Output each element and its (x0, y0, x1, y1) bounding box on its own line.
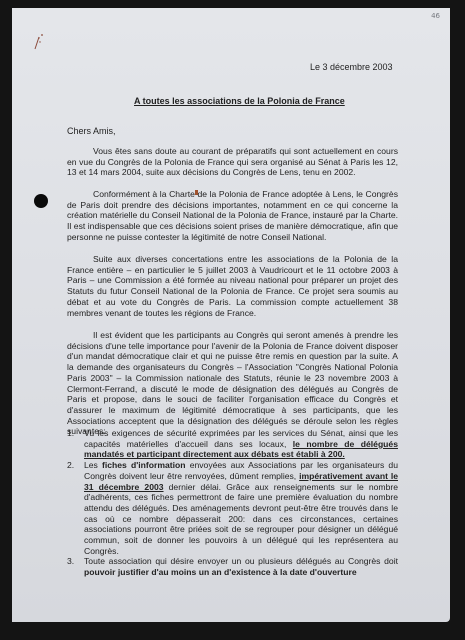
punch-hole (34, 194, 48, 208)
scanned-document: 46 Le 3 décembre 2003 A toutes les assoc… (0, 0, 465, 640)
rule-item-2: 2. Les fiches d'information envoyées aux… (67, 460, 398, 556)
paragraph-2: Conformément à la Charte de la Polonia d… (67, 189, 398, 243)
rule-number: 2. (67, 460, 74, 471)
paragraph-4: Il est évident que les participants au C… (67, 330, 398, 437)
paragraph-1: Vous êtes sans doute au courant de prépa… (67, 146, 398, 178)
rule-bold: fiches d'information (102, 460, 186, 470)
rule-number: 3. (67, 556, 74, 567)
salutation: Chers Amis, (67, 126, 116, 136)
letter-title: A toutes les associations de la Polonia … (134, 96, 345, 106)
letter-date: Le 3 décembre 2003 (310, 62, 393, 72)
rule-text: dernier délai. Grâce aux renseignements … (84, 482, 398, 556)
paragraph-3: Suite aux diverses concertations entre l… (67, 254, 398, 318)
rule-item-1: 1. Vu les exigences de sécurité exprimée… (67, 428, 398, 460)
rule-number: 1. (67, 428, 74, 439)
handwritten-mark-icon (30, 28, 46, 52)
rule-text: Les (84, 460, 102, 470)
rule-text: Toute association qui désire envoyer un … (84, 556, 398, 566)
rule-item-3: 3. Toute association qui désire envoyer … (67, 556, 398, 577)
rule-bold: pouvoir justifier d'au moins un an d'exi… (84, 567, 357, 577)
page-number: 46 (431, 12, 440, 20)
letter-page: 46 Le 3 décembre 2003 A toutes les assoc… (12, 8, 450, 622)
rules-list: 1. Vu les exigences de sécurité exprimée… (67, 428, 398, 578)
